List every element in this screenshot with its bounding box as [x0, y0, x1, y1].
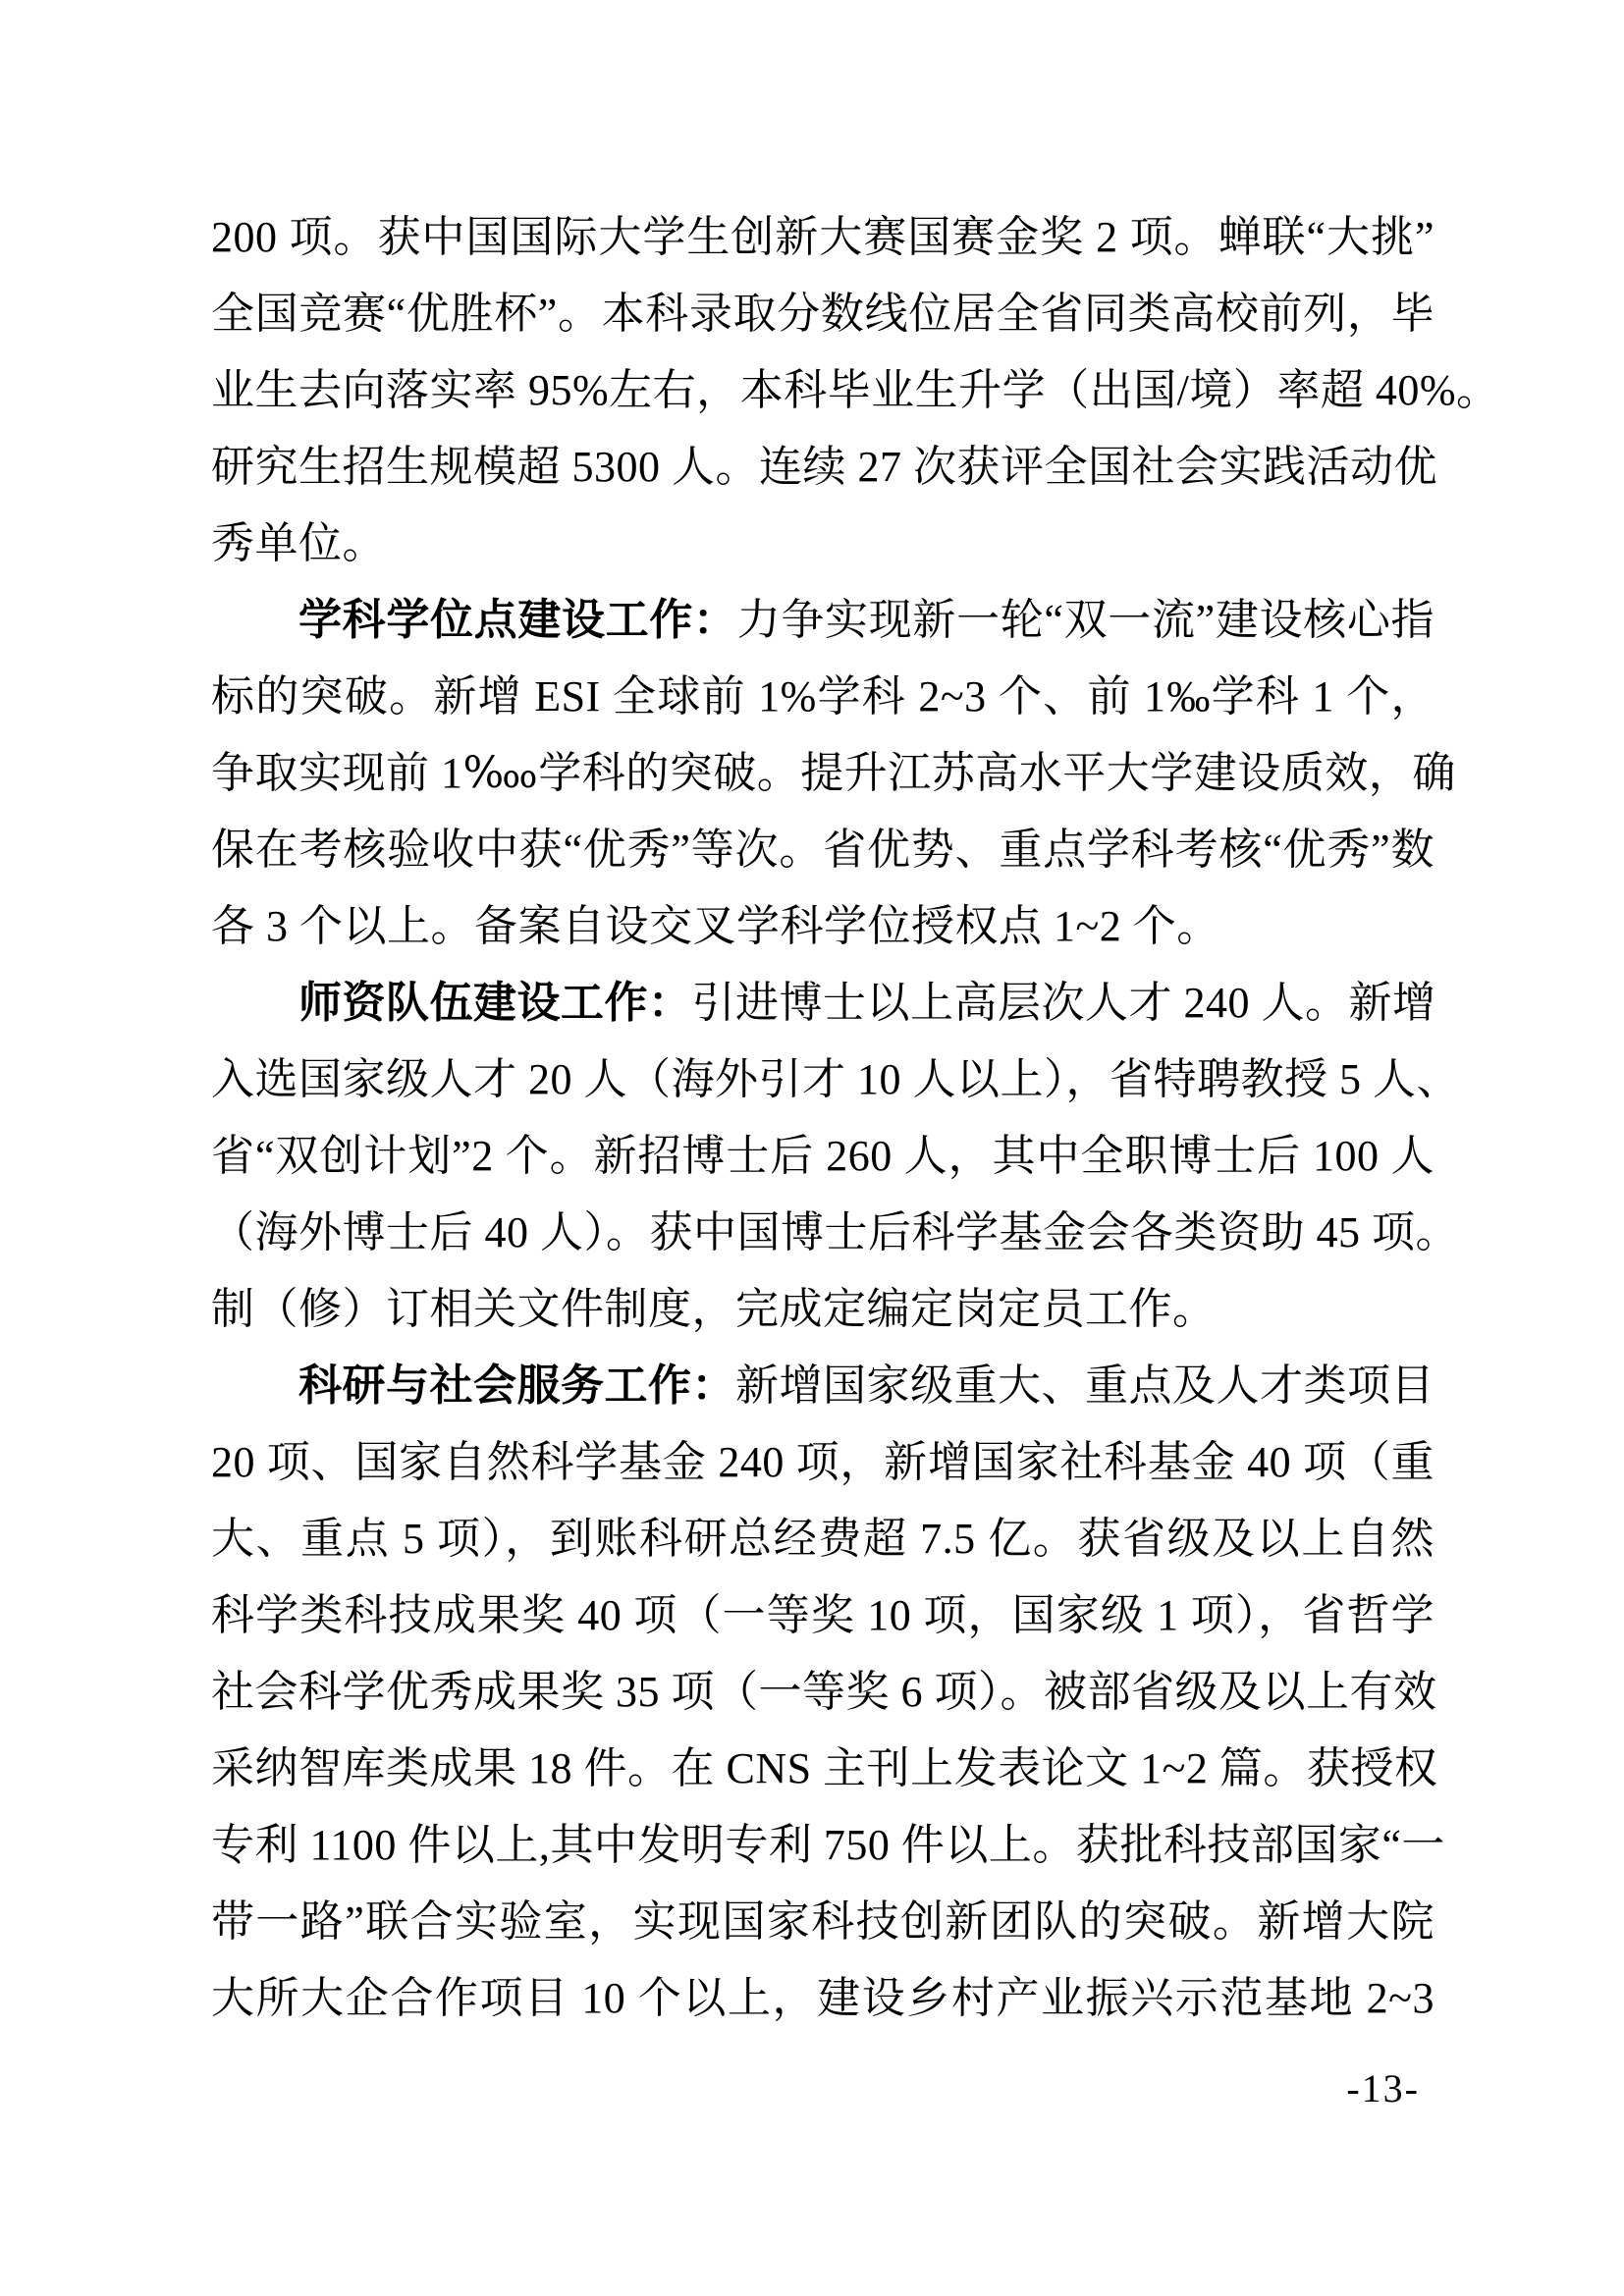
line-text: 业生去向落实率 95%左右，本科毕业生升学（出国/境）率超 40%。: [211, 366, 1500, 414]
text-line: 秀单位。: [211, 506, 1435, 582]
text-line: 采纳智库类成果 18 件。在 CNS 主刊上发表论文 1~2 篇。获授权: [211, 1731, 1435, 1807]
line-text: 力争实现新一轮“双一流”建设核心指: [737, 596, 1435, 644]
section-heading: 科研与社会服务工作：: [298, 1362, 735, 1410]
text-line: 科研与社会服务工作：新增国家级重大、重点及人才类项目: [211, 1348, 1435, 1424]
text-line: 科学类科技成果奖 40 项（一等奖 10 项，国家级 1 项），省哲学: [211, 1577, 1435, 1654]
line-text: 200 项。获中国国际大学生创新大赛国赛金奖 2 项。蝉联“大挑”: [211, 213, 1435, 261]
text-line: 专利 1100 件以上,其中发明专利 750 件以上。获批科技部国家“一: [211, 1807, 1435, 1884]
line-text: 带一路”联合实验室，实现国家科技创新团队的突破。新增大院: [211, 1897, 1435, 1946]
line-text: 新增国家级重大、重点及人才类项目: [735, 1362, 1435, 1410]
text-line: 标的突破。新增 ESI 全球前 1%学科 2~3 个、前 1‰学科 1 个，: [211, 659, 1435, 735]
document-page: 200 项。获中国国际大学生创新大赛国赛金奖 2 项。蝉联“大挑” 全国竞赛“优…: [0, 0, 1624, 2296]
text-line: 学科学位点建设工作：力争实现新一轮“双一流”建设核心指: [211, 582, 1435, 659]
line-text: 各 3 个以上。备案自设交叉学科学位授权点 1~2 个。: [211, 902, 1220, 950]
line-text: 研究生招生规模超 5300 人。连续 27 次获评全国社会实践活动优: [211, 443, 1437, 491]
text-line: 研究生招生规模超 5300 人。连续 27 次获评全国社会实践活动优: [211, 429, 1435, 506]
line-text: 采纳智库类成果 18 件。在 CNS 主刊上发表论文 1~2 篇。获授权: [211, 1744, 1437, 1792]
text-line: 业生去向落实率 95%左右，本科毕业生升学（出国/境）率超 40%。: [211, 352, 1435, 429]
line-text: 制（修）订相关文件制度，完成定编定岗定员工作。: [211, 1285, 1217, 1333]
section-heading: 学科学位点建设工作：: [298, 596, 737, 644]
line-text: 省“双创计划”2 个。新招博士后 260 人，其中全职博士后 100 人: [211, 1132, 1435, 1180]
text-line: 社会科学优秀成果奖 35 项（一等奖 6 项）。被部省级及以上有效: [211, 1654, 1435, 1731]
line-text: 大、重点 5 项），到账科研总经费超 7.5 亿。获省级及以上自然: [211, 1515, 1435, 1563]
line-text: 引进博士以上高层次人才 240 人。新增: [692, 979, 1436, 1027]
text-line: 大所大企合作项目 10 个以上，建设乡村产业振兴示范基地 2~3: [211, 1960, 1435, 2037]
line-text: 专利 1100 件以上,其中发明专利 750 件以上。获批科技部国家“一: [211, 1821, 1445, 1869]
text-line: 带一路”联合实验室，实现国家科技创新团队的突破。新增大院: [211, 1884, 1435, 1960]
text-line: （海外博士后 40 人）。获中国博士后科学基金会各类资助 45 项。: [211, 1195, 1435, 1271]
line-text: 入选国家级人才 20 人（海外引才 10 人以上），省特聘教授 5 人、: [211, 1055, 1460, 1103]
text-line: 保在考核验收中获“优秀”等次。省优势、重点学科考核“优秀”数: [211, 812, 1435, 888]
document-body: 200 项。获中国国际大学生创新大赛国赛金奖 2 项。蝉联“大挑” 全国竞赛“优…: [211, 199, 1435, 2037]
text-line: 师资队伍建设工作：引进博士以上高层次人才 240 人。新增: [211, 965, 1435, 1041]
text-line: 争取实现前 1‱学科的突破。提升江苏高水平大学建设质效，确: [211, 735, 1435, 812]
line-text: 大所大企合作项目 10 个以上，建设乡村产业振兴示范基地 2~3: [211, 1974, 1435, 2022]
text-line: 大、重点 5 项），到账科研总经费超 7.5 亿。获省级及以上自然: [211, 1501, 1435, 1577]
text-line: 省“双创计划”2 个。新招博士后 260 人，其中全职博士后 100 人: [211, 1118, 1435, 1195]
text-line: 全国竞赛“优胜杯”。本科录取分数线位居全省同类高校前列，毕: [211, 276, 1435, 352]
text-line: 入选国家级人才 20 人（海外引才 10 人以上），省特聘教授 5 人、: [211, 1041, 1435, 1118]
line-text: 保在考核验收中获“优秀”等次。省优势、重点学科考核“优秀”数: [211, 826, 1435, 874]
line-text: 标的突破。新增 ESI 全球前 1%学科 2~3 个、前 1‰学科 1 个，: [211, 672, 1435, 721]
text-line: 20 项、国家自然科学基金 240 项，新增国家社科基金 40 项（重: [211, 1424, 1435, 1501]
text-line: 200 项。获中国国际大学生创新大赛国赛金奖 2 项。蝉联“大挑”: [211, 199, 1435, 276]
page-number: -13-: [1346, 2065, 1420, 2112]
line-text: 社会科学优秀成果奖 35 项（一等奖 6 项）。被部省级及以上有效: [211, 1668, 1437, 1716]
text-line: 制（修）订相关文件制度，完成定编定岗定员工作。: [211, 1271, 1435, 1348]
line-text: 20 项、国家自然科学基金 240 项，新增国家社科基金 40 项（重: [211, 1438, 1435, 1486]
line-text: 科学类科技成果奖 40 项（一等奖 10 项，国家级 1 项），省哲学: [211, 1591, 1435, 1639]
line-text: 秀单位。: [211, 519, 386, 567]
text-line: 各 3 个以上。备案自设交叉学科学位授权点 1~2 个。: [211, 888, 1435, 965]
line-text: 争取实现前 1‱学科的突破。提升江苏高水平大学建设质效，确: [211, 749, 1456, 797]
section-heading: 师资队伍建设工作：: [298, 979, 692, 1027]
line-text: 全国竞赛“优胜杯”。本科录取分数线位居全省同类高校前列，毕: [211, 290, 1435, 338]
line-text: （海外博士后 40 人）。获中国博士后科学基金会各类资助 45 项。: [211, 1208, 1459, 1256]
